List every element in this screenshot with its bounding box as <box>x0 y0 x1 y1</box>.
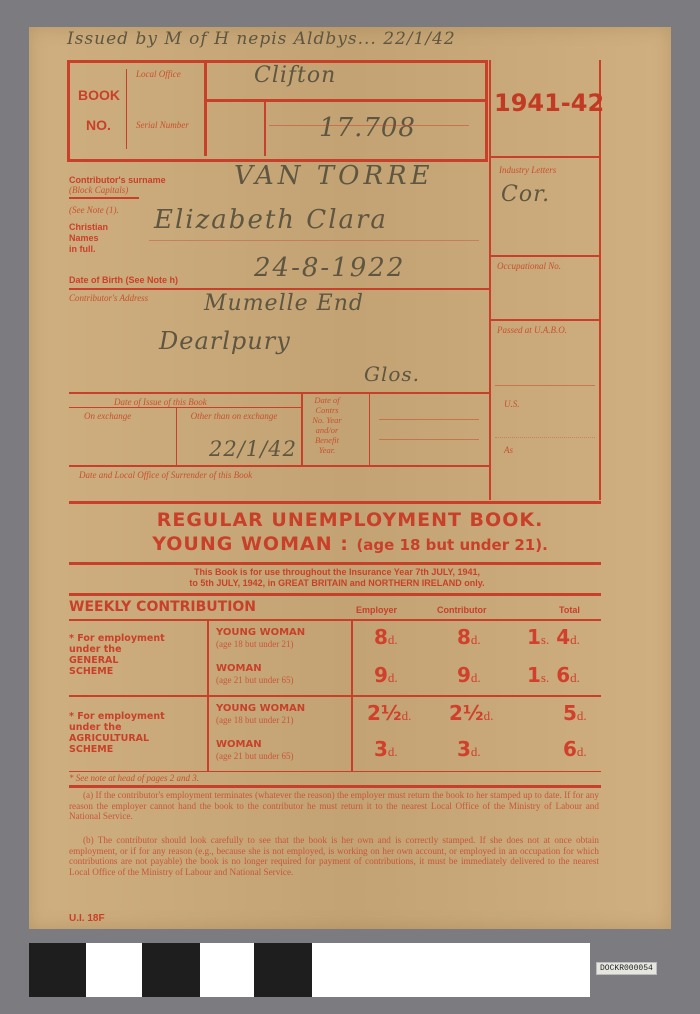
serial-number-label: Serial Number <box>136 120 196 130</box>
on-exchange-label: On exchange <box>84 411 131 421</box>
divider <box>489 60 491 500</box>
subtitle-main: YOUNG WOMAN : <box>152 533 349 555</box>
divider <box>69 465 489 467</box>
rate-employer: 3d. <box>374 737 398 761</box>
scale-black-2 <box>142 943 200 997</box>
category-woman: WOMAN <box>216 739 262 750</box>
surrender-label: Date and Local Office of Surrender of th… <box>79 470 252 480</box>
validity-line-2: to 5th JULY, 1942, in GREAT BRITAIN and … <box>77 578 597 589</box>
footnote: * See note at head of pages 2 and 3. <box>69 773 199 783</box>
rate-contributor: 9d. <box>457 663 481 687</box>
rate-contributor: 2½d. <box>449 701 493 725</box>
divider <box>369 394 370 466</box>
rate-total: 1s. 6d. <box>527 663 580 687</box>
category-age: (age 21 but under 65) <box>216 675 293 685</box>
issue-date-value: 22/1/42 <box>209 437 297 461</box>
industry-letters-value: Cor. <box>501 182 550 207</box>
surname-sub-label: (Block Capitals) <box>69 185 128 195</box>
divider <box>69 501 601 504</box>
book-subtitle: YOUNG WOMAN : (age 18 but under 21). <box>29 533 671 555</box>
category-age: (age 18 but under 21) <box>216 715 293 725</box>
col-total: Total <box>559 605 580 615</box>
category-woman: WOMAN <box>216 663 262 674</box>
validity-line-1: This Book is for use throughout the Insu… <box>77 567 597 578</box>
divider <box>69 785 601 788</box>
contrs-year-label: Date of Contrs No. Year and/or Benefit Y… <box>311 395 343 455</box>
rule <box>69 407 301 408</box>
brace-divider <box>126 69 127 149</box>
surname-label: Contributor's surname <box>69 175 199 185</box>
occupational-no-label: Occupational No. <box>497 261 561 271</box>
divider <box>599 60 601 500</box>
rule <box>495 437 595 439</box>
category-age: (age 18 but under 21) <box>216 639 293 649</box>
scale-black-1 <box>29 943 86 997</box>
rule <box>149 240 479 241</box>
weekly-contribution-heading: WEEKLY CONTRIBUTION <box>69 599 256 615</box>
as-label: As <box>504 445 513 455</box>
rate-employer: 2½d. <box>367 701 411 725</box>
rule <box>69 197 139 199</box>
rate-total: 1s. 4d. <box>527 625 580 649</box>
dob-label: Date of Birth (See Note h) <box>69 275 178 285</box>
other-than-exchange-label: Other than on exchange <box>189 411 279 421</box>
rate-contributor: 8d. <box>457 625 481 649</box>
rate-employer: 9d. <box>374 663 398 687</box>
divider <box>69 695 601 697</box>
passed-at-label: Passed at U.A.B.O. <box>497 325 567 335</box>
divider <box>69 619 601 621</box>
rule <box>495 385 595 386</box>
scale-white-2 <box>200 943 254 997</box>
christian-label-2: Names <box>69 233 99 243</box>
rule <box>269 125 469 126</box>
date-issue-label: Date of Issue of this Book <box>114 397 207 407</box>
col-contributor: Contributor <box>437 605 487 615</box>
surname-value: VAN TORRE <box>234 161 434 191</box>
divider <box>69 593 601 596</box>
divider <box>69 562 601 565</box>
agricultural-scheme-label: * For employment under the AGRICULTURAL … <box>69 711 165 755</box>
divider <box>69 392 489 394</box>
rate-employer: 8d. <box>374 625 398 649</box>
divider <box>204 63 207 156</box>
address-line-2: Dearlpury <box>159 327 291 355</box>
divider <box>489 319 601 321</box>
archive-label: DOCKR000054 <box>596 962 657 975</box>
category-young-woman: YOUNG WOMAN <box>216 627 305 638</box>
address-label: Contributor's Address <box>69 293 148 303</box>
note-a: (a) If the contributor's employment term… <box>69 790 599 822</box>
rate-total: 6d. <box>563 737 587 761</box>
local-office-label: Local Office <box>136 69 196 79</box>
divider <box>489 156 601 158</box>
note-b: (b) The contributor should look carefull… <box>69 835 599 877</box>
rate-total: 5d. <box>563 701 587 725</box>
scale-white-1 <box>86 943 142 997</box>
us-label: U.S. <box>504 399 520 409</box>
divider <box>176 407 177 465</box>
industry-letters-label: Industry Letters <box>499 165 556 175</box>
form-code: U.I. 18F <box>69 913 105 924</box>
col-employer: Employer <box>356 605 397 615</box>
christian-names-value: Elizabeth Clara <box>154 205 388 235</box>
christian-label: Christian <box>69 222 108 232</box>
category-age: (age 21 but under 65) <box>216 751 293 761</box>
address-line-3: Glos. <box>364 362 420 386</box>
divider <box>301 394 303 466</box>
scale-black-3 <box>254 943 312 997</box>
scale-white-3 <box>312 943 590 997</box>
christian-label-3: in full. <box>69 244 96 254</box>
serial-number-value: 17.708 <box>319 113 416 143</box>
dob-value: 24-8-1922 <box>254 253 405 283</box>
rate-contributor: 3d. <box>457 737 481 761</box>
category-young-woman: YOUNG WOMAN <box>216 703 305 714</box>
note-ref-label: (See Note (1). <box>69 205 119 215</box>
subtitle-age: (age 18 but under 21). <box>356 536 547 554</box>
divider <box>69 771 601 772</box>
address-line-1: Mumelle End <box>204 291 364 316</box>
rule <box>379 439 479 440</box>
unemployment-book-page: Issued by M of H nepis Aldbys... 22/1/42… <box>29 27 671 929</box>
divider <box>204 99 485 102</box>
book-title: REGULAR UNEMPLOYMENT BOOK. <box>29 509 671 531</box>
no-label: NO. <box>86 117 111 133</box>
issued-note: Issued by M of H nepis Aldbys... 22/1/42 <box>67 29 667 49</box>
divider <box>489 255 601 257</box>
rule <box>379 419 479 420</box>
general-scheme-label: * For employment under the GENERAL SCHEM… <box>69 633 165 677</box>
book-label: BOOK <box>78 87 120 103</box>
divider <box>69 288 489 290</box>
year-label: 1941-42 <box>494 89 604 117</box>
local-office-value: Clifton <box>254 63 336 88</box>
divider <box>264 102 266 156</box>
